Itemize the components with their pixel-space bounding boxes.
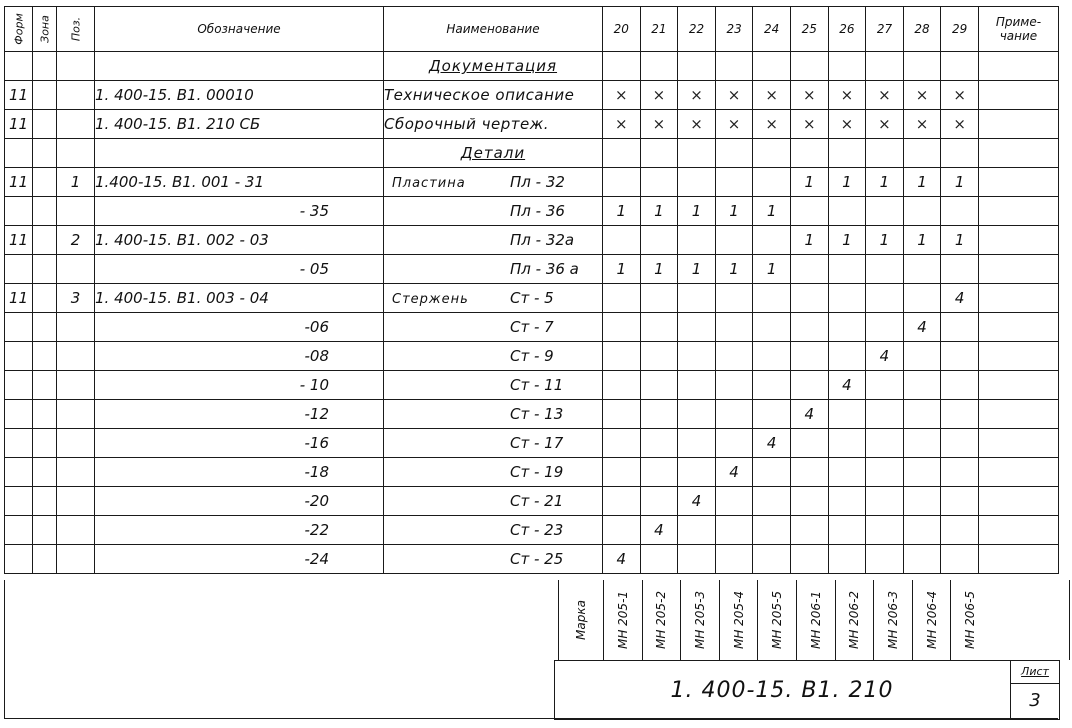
applicability-mark: ×	[866, 81, 904, 110]
applicability-mark: ×	[715, 81, 753, 110]
pos-cell	[57, 81, 95, 110]
zone-cell	[33, 487, 57, 516]
quantity-cell	[603, 458, 641, 487]
header-pos: Поз.	[57, 7, 95, 52]
quantity-cell	[715, 429, 753, 458]
quantity-cell: 1	[753, 197, 791, 226]
designation-cell: -06	[95, 313, 384, 342]
format-cell	[5, 255, 33, 284]
specification-sheet: Форм Зона Поз. Обозначение Наименование …	[0, 0, 1072, 728]
quantity-cell	[678, 226, 716, 255]
format-cell	[5, 487, 33, 516]
quantity-cell	[903, 255, 941, 284]
quantity-cell: 4	[603, 545, 641, 574]
header-note: Приме-чание	[978, 7, 1058, 52]
applicability-mark: ×	[640, 81, 678, 110]
specification-table: Форм Зона Поз. Обозначение Наименование …	[4, 6, 1059, 574]
table-row: 1111.400-15. В1. 001 - 31ПластинаПл - 32…	[5, 168, 1059, 197]
header-variant: 21	[640, 7, 678, 52]
name-cell: Ст - 25	[384, 545, 603, 574]
applicability-mark: ×	[678, 81, 716, 110]
quantity-cell: 1	[715, 197, 753, 226]
qty-cell	[603, 52, 641, 81]
pos-cell	[57, 255, 95, 284]
table-row: - 35Пл - 3611111	[5, 197, 1059, 226]
quantity-cell	[753, 458, 791, 487]
quantity-cell	[828, 400, 866, 429]
quantity-cell	[715, 284, 753, 313]
note-cell	[978, 284, 1058, 313]
quantity-cell	[678, 284, 716, 313]
quantity-cell	[828, 458, 866, 487]
marka-value: МН 206-4	[925, 591, 939, 649]
quantity-cell	[640, 284, 678, 313]
note-cell	[978, 400, 1058, 429]
table-row: 1121. 400-15. В1. 002 - 03Пл - 32а11111	[5, 226, 1059, 255]
applicability-mark: ×	[603, 81, 641, 110]
name-mark: Ст - 25	[510, 550, 563, 568]
quantity-cell	[640, 226, 678, 255]
name-cell: Пл - 32а	[384, 226, 603, 255]
zone-cell	[33, 110, 57, 139]
applicability-mark: ×	[753, 110, 791, 139]
quantity-cell	[790, 284, 828, 313]
quantity-cell: 1	[941, 168, 979, 197]
zone-cell	[33, 371, 57, 400]
qty-cell	[753, 52, 791, 81]
quantity-cell	[903, 197, 941, 226]
designation-cell: 1. 400-15. В1. 002 - 03	[95, 226, 384, 255]
table-row: - 10Ст - 114	[5, 371, 1059, 400]
note-cell	[978, 545, 1058, 574]
quantity-cell: 1	[866, 226, 904, 255]
note-cell	[978, 110, 1058, 139]
header-variant: 23	[715, 7, 753, 52]
quantity-cell: 1	[790, 226, 828, 255]
applicability-mark: ×	[866, 110, 904, 139]
qty-cell	[753, 139, 791, 168]
quantity-cell	[828, 284, 866, 313]
qty-cell	[715, 139, 753, 168]
zone-cell	[33, 545, 57, 574]
name-mark: Ст - 9	[510, 347, 554, 365]
section-title: Детали	[461, 144, 525, 162]
format-cell	[5, 545, 33, 574]
pos-cell	[57, 197, 95, 226]
quantity-cell	[941, 429, 979, 458]
table-row: -24Ст - 254	[5, 545, 1059, 574]
quantity-cell	[678, 545, 716, 574]
zone-cell	[33, 429, 57, 458]
quantity-cell	[828, 516, 866, 545]
header-zone-label: Зона	[38, 15, 51, 43]
note-cell	[978, 487, 1058, 516]
quantity-cell	[790, 342, 828, 371]
applicability-mark: ×	[790, 110, 828, 139]
name-mark: Ст - 11	[510, 376, 563, 394]
quantity-cell: 1	[790, 168, 828, 197]
quantity-cell	[903, 371, 941, 400]
name-mark: Ст - 17	[510, 434, 563, 452]
pos-cell	[57, 371, 95, 400]
pos-cell	[57, 110, 95, 139]
quantity-cell	[715, 226, 753, 255]
sheet-box: Лист 3	[1010, 661, 1059, 719]
quantity-cell	[866, 197, 904, 226]
quantity-cell: 4	[903, 313, 941, 342]
quantity-cell	[753, 226, 791, 255]
quantity-cell	[790, 197, 828, 226]
applicability-mark: ×	[678, 110, 716, 139]
quantity-cell: 1	[903, 226, 941, 255]
quantity-cell	[678, 313, 716, 342]
name-cell: Ст - 11	[384, 371, 603, 400]
zone-cell	[33, 52, 57, 81]
frame-bottom-line	[4, 718, 1058, 719]
marka-cell: МН 206-5	[950, 580, 989, 660]
quantity-cell	[903, 458, 941, 487]
marka-value: МН 205-3	[693, 591, 707, 649]
designation-cell: 1. 400-15. В1. 00010	[95, 81, 384, 110]
quantity-cell	[903, 284, 941, 313]
quantity-cell: 4	[828, 371, 866, 400]
quantity-cell	[640, 313, 678, 342]
quantity-cell: 1	[828, 168, 866, 197]
zone-cell	[33, 284, 57, 313]
marka-cell: МН 205-3	[680, 580, 719, 660]
name-cell: Техническое описание	[384, 81, 603, 110]
table-row: 111. 400-15. В1. 210 СБСборочный чертеж.…	[5, 110, 1059, 139]
pos-cell	[57, 139, 95, 168]
quantity-cell	[715, 400, 753, 429]
title-block: 1. 400-15. В1. 210 Лист 3	[554, 660, 1060, 720]
marka-cell: МН 206-4	[912, 580, 951, 660]
pos-cell	[57, 487, 95, 516]
pos-cell: 1	[57, 168, 95, 197]
name-cell: СтерженьСт - 5	[384, 284, 603, 313]
header-format: Форм	[5, 7, 33, 52]
applicability-mark: ×	[790, 81, 828, 110]
quantity-cell: 1	[640, 255, 678, 284]
name-cell: Сборочный чертеж.	[384, 110, 603, 139]
quantity-cell: 1	[678, 197, 716, 226]
marka-cell: МН 205-2	[642, 580, 681, 660]
quantity-cell	[790, 313, 828, 342]
zone-cell	[33, 516, 57, 545]
pos-cell	[57, 52, 95, 81]
quantity-cell	[715, 313, 753, 342]
marka-label: Марка	[574, 600, 588, 640]
quantity-cell	[753, 516, 791, 545]
header-variant: 28	[903, 7, 941, 52]
quantity-cell	[678, 458, 716, 487]
name-cell: Ст - 13	[384, 400, 603, 429]
name-mark: Ст - 5	[510, 289, 554, 307]
quantity-cell	[753, 487, 791, 516]
quantity-cell	[678, 429, 716, 458]
quantity-cell: 4	[640, 516, 678, 545]
quantity-cell	[828, 197, 866, 226]
qty-cell	[790, 139, 828, 168]
format-cell: 11	[5, 284, 33, 313]
quantity-cell	[640, 371, 678, 400]
header-name: Наименование	[384, 7, 603, 52]
quantity-cell	[790, 255, 828, 284]
qty-cell	[828, 139, 866, 168]
quantity-cell	[753, 168, 791, 197]
header-variant: 29	[941, 7, 979, 52]
name-mark: Пл - 32а	[510, 231, 574, 249]
quantity-cell: 4	[790, 400, 828, 429]
designation-cell: -24	[95, 545, 384, 574]
quantity-cell	[603, 371, 641, 400]
qty-cell	[678, 52, 716, 81]
marka-value: МН 205-5	[770, 591, 784, 649]
zone-cell	[33, 458, 57, 487]
name-cell: Ст - 17	[384, 429, 603, 458]
quantity-cell	[866, 371, 904, 400]
designation-cell: -08	[95, 342, 384, 371]
format-cell: 11	[5, 81, 33, 110]
marka-note-cell	[989, 580, 1070, 660]
quantity-cell	[941, 545, 979, 574]
applicability-mark: ×	[603, 110, 641, 139]
quantity-cell	[715, 342, 753, 371]
format-cell	[5, 342, 33, 371]
quantity-cell	[941, 516, 979, 545]
quantity-cell	[866, 429, 904, 458]
zone-cell	[33, 342, 57, 371]
marka-label-cell: Марка	[558, 580, 603, 660]
quantity-cell	[866, 545, 904, 574]
section-title: Документация	[429, 57, 557, 75]
quantity-cell	[753, 284, 791, 313]
quantity-cell: 4	[715, 458, 753, 487]
qty-cell	[903, 52, 941, 81]
quantity-cell: 1	[828, 226, 866, 255]
applicability-mark: ×	[715, 110, 753, 139]
note-cell	[978, 197, 1058, 226]
name-mark: Ст - 19	[510, 463, 563, 481]
header-pos-label: Поз.	[69, 17, 82, 41]
quantity-cell	[866, 487, 904, 516]
note-cell	[978, 168, 1058, 197]
designation-cell	[95, 139, 384, 168]
note-cell	[978, 52, 1058, 81]
applicability-mark: ×	[941, 81, 979, 110]
format-cell	[5, 429, 33, 458]
designation-cell: - 05	[95, 255, 384, 284]
quantity-cell	[715, 516, 753, 545]
zone-cell	[33, 197, 57, 226]
pos-cell: 3	[57, 284, 95, 313]
applicability-mark: ×	[903, 81, 941, 110]
pos-cell	[57, 458, 95, 487]
quantity-cell	[941, 400, 979, 429]
designation-cell: -18	[95, 458, 384, 487]
quantity-cell	[715, 487, 753, 516]
table-row: -06Ст - 74	[5, 313, 1059, 342]
format-cell	[5, 400, 33, 429]
quantity-cell: 1	[753, 255, 791, 284]
quantity-cell	[640, 342, 678, 371]
format-cell	[5, 458, 33, 487]
quantity-cell: 1	[903, 168, 941, 197]
table-row: -08Ст - 94	[5, 342, 1059, 371]
section-row: Документация	[5, 52, 1059, 81]
section-row: Детали	[5, 139, 1059, 168]
zone-cell	[33, 400, 57, 429]
header-row: Форм Зона Поз. Обозначение Наименование …	[5, 7, 1059, 52]
quantity-cell	[640, 400, 678, 429]
quantity-cell	[640, 487, 678, 516]
applicability-mark: ×	[903, 110, 941, 139]
quantity-cell: 1	[678, 255, 716, 284]
quantity-cell: 1	[866, 168, 904, 197]
quantity-cell	[753, 313, 791, 342]
marka-cell: МН 205-5	[757, 580, 796, 660]
quantity-cell	[828, 429, 866, 458]
table-row: -12Ст - 134	[5, 400, 1059, 429]
quantity-cell	[753, 545, 791, 574]
zone-cell	[33, 226, 57, 255]
quantity-cell	[866, 458, 904, 487]
quantity-cell: 4	[866, 342, 904, 371]
name-mark: Ст - 13	[510, 405, 563, 423]
zone-cell	[33, 139, 57, 168]
marka-value: МН 206-1	[809, 591, 823, 649]
header-variant: 22	[678, 7, 716, 52]
note-cell	[978, 429, 1058, 458]
qty-cell	[715, 52, 753, 81]
name-cell: ПластинаПл - 32	[384, 168, 603, 197]
header-variant: 26	[828, 7, 866, 52]
marka-value: МН 205-2	[654, 591, 668, 649]
name-cell: Пл - 36	[384, 197, 603, 226]
table-row: -22Ст - 234	[5, 516, 1059, 545]
marka-cell: МН 205-4	[719, 580, 758, 660]
quantity-cell	[753, 371, 791, 400]
format-cell	[5, 197, 33, 226]
quantity-cell	[715, 545, 753, 574]
applicability-mark: ×	[828, 81, 866, 110]
specification-body: Документация111. 400-15. В1. 00010Технич…	[5, 52, 1059, 574]
quantity-cell	[603, 516, 641, 545]
quantity-cell	[866, 400, 904, 429]
quantity-cell	[603, 429, 641, 458]
quantity-cell	[941, 371, 979, 400]
zone-cell	[33, 255, 57, 284]
marka-value: МН 205-4	[732, 591, 746, 649]
designation-cell: 1. 400-15. В1. 210 СБ	[95, 110, 384, 139]
marka-row: Марка МН 205-1 МН 205-2 МН 205-3 МН 205-…	[4, 580, 1058, 660]
zone-cell	[33, 168, 57, 197]
quantity-cell	[715, 168, 753, 197]
zone-cell	[33, 313, 57, 342]
quantity-cell	[603, 284, 641, 313]
document-code: 1. 400-15. В1. 210	[555, 661, 1009, 719]
quantity-cell	[866, 255, 904, 284]
quantity-cell: 4	[753, 429, 791, 458]
marka-blank-area	[4, 580, 555, 660]
quantity-cell	[640, 545, 678, 574]
quantity-cell: 4	[941, 284, 979, 313]
qty-cell	[603, 139, 641, 168]
name-cell: Пл - 36 а	[384, 255, 603, 284]
note-cell	[978, 81, 1058, 110]
quantity-cell	[790, 458, 828, 487]
quantity-cell	[678, 516, 716, 545]
table-row: -16Ст - 174	[5, 429, 1059, 458]
pos-cell	[57, 342, 95, 371]
quantity-cell	[941, 342, 979, 371]
name-mark: Ст - 7	[510, 318, 554, 336]
quantity-cell	[941, 255, 979, 284]
header-designation: Обозначение	[95, 7, 384, 52]
designation-cell: -16	[95, 429, 384, 458]
name-mark: Пл - 36	[510, 202, 565, 220]
quantity-cell	[603, 400, 641, 429]
quantity-cell	[753, 400, 791, 429]
pos-cell	[57, 429, 95, 458]
applicability-mark: ×	[753, 81, 791, 110]
table-row: 1131. 400-15. В1. 003 - 04СтерженьСт - 5…	[5, 284, 1059, 313]
header-variant: 24	[753, 7, 791, 52]
qty-cell	[640, 139, 678, 168]
quantity-cell	[866, 516, 904, 545]
name-main: Стержень	[384, 292, 510, 307]
quantity-cell	[715, 371, 753, 400]
name-cell: Ст - 21	[384, 487, 603, 516]
quantity-cell	[903, 487, 941, 516]
quantity-cell	[790, 516, 828, 545]
table-row: - 05Пл - 36 а11111	[5, 255, 1059, 284]
table-row: 111. 400-15. В1. 00010Техническое описан…	[5, 81, 1059, 110]
name-mark: Пл - 36 а	[510, 260, 579, 278]
quantity-cell	[903, 516, 941, 545]
marka-cell: МН 205-1	[603, 580, 642, 660]
marka-cell: МН 206-3	[873, 580, 912, 660]
quantity-cell	[903, 400, 941, 429]
quantity-cell	[941, 197, 979, 226]
quantity-cell	[828, 255, 866, 284]
applicability-mark: ×	[941, 110, 979, 139]
quantity-cell	[678, 400, 716, 429]
header-variant: 20	[603, 7, 641, 52]
qty-cell	[941, 52, 979, 81]
quantity-cell	[603, 342, 641, 371]
marka-value: МН 206-3	[886, 591, 900, 649]
header-variant: 25	[790, 7, 828, 52]
header-format-label: Форм	[12, 13, 25, 44]
qty-cell	[640, 52, 678, 81]
pos-cell	[57, 400, 95, 429]
applicability-mark: ×	[828, 110, 866, 139]
section-title-cell: Детали	[384, 139, 603, 168]
quantity-cell	[678, 168, 716, 197]
qty-cell	[866, 139, 904, 168]
name-mark: Пл - 32	[510, 173, 565, 191]
qty-cell	[941, 139, 979, 168]
quantity-cell: 4	[678, 487, 716, 516]
quantity-cell	[941, 458, 979, 487]
quantity-cell	[866, 284, 904, 313]
name-mark: Ст - 21	[510, 492, 563, 510]
sheet-number: 3	[1011, 684, 1059, 718]
table-row: -20Ст - 214	[5, 487, 1059, 516]
qty-cell	[903, 139, 941, 168]
quantity-cell	[678, 371, 716, 400]
